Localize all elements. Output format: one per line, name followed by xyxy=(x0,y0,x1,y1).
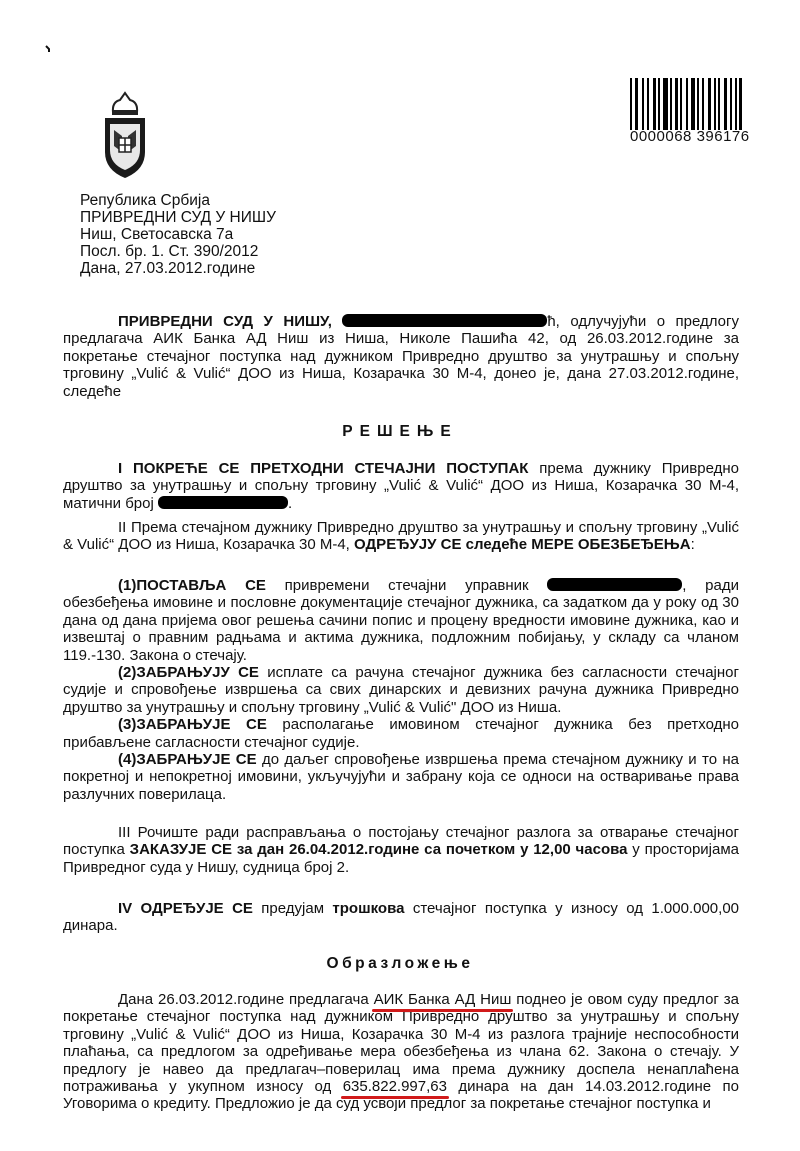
barcode-bars xyxy=(630,78,790,130)
coat-of-arms-icon xyxy=(100,90,150,180)
highlight-applicant: АИК Банка АД Ниш xyxy=(374,991,512,1008)
measure-2: (2)ЗАБРАЊУЈУ СЕ исплате са рачуна стечај… xyxy=(63,664,739,716)
measures-list: (1)ПОСТАВЉА СЕ привремени стечајни управ… xyxy=(63,577,739,803)
measure-3: (3)ЗАБРАЊУЈЕ СЕ располагање имовином сте… xyxy=(63,716,739,751)
header-case-number: Посл. бр. 1. Ст. 390/2012 xyxy=(80,243,276,260)
barcode: 0000068 396176 xyxy=(630,78,790,145)
reasoning-title: Образложење xyxy=(0,955,800,973)
reasoning-paragraph: Дана 26.03.2012.године предлагача АИК Ба… xyxy=(63,991,739,1113)
highlight-amount: 635.822.997,63 xyxy=(343,1078,447,1095)
header-address: Ниш, Светосавска 7а xyxy=(80,226,276,243)
redaction xyxy=(547,578,682,591)
scan-mark xyxy=(45,40,51,46)
section-2: II Према стечајном дужнику Привредно дру… xyxy=(63,519,739,554)
measure-4: (4)ЗАБРАЊУЈЕ СЕ до даљег спровођење извр… xyxy=(63,751,739,803)
section-1: I ПОКРЕЋЕ СЕ ПРЕТХОДНИ СТЕЧАЈНИ ПОСТУПАК… xyxy=(63,460,739,512)
header-country: Република Србија xyxy=(80,192,276,209)
header-date: Дана, 27.03.2012.године xyxy=(80,260,276,277)
redaction xyxy=(342,314,547,327)
barcode-number: 0000068 396176 xyxy=(630,128,790,145)
intro-court: ПРИВРЕДНИ СУД У НИШУ, xyxy=(118,313,332,330)
court-header: Република Србија ПРИВРЕДНИ СУД У НИШУ Ни… xyxy=(80,192,276,277)
intro-paragraph: ПРИВРЕДНИ СУД У НИШУ, ћ, одлучујући о пр… xyxy=(63,313,739,400)
decision-title: РЕШЕЊЕ xyxy=(0,423,800,441)
redaction xyxy=(158,496,288,509)
measure-1: (1)ПОСТАВЉА СЕ привремени стечајни управ… xyxy=(63,577,739,664)
header-court: ПРИВРЕДНИ СУД У НИШУ xyxy=(80,209,276,226)
section-3: III Рочиште ради расправљања о постојању… xyxy=(63,824,739,876)
section-4: IV ОДРЕЂУЈЕ СЕ предујам трошкова стечајн… xyxy=(63,900,739,935)
